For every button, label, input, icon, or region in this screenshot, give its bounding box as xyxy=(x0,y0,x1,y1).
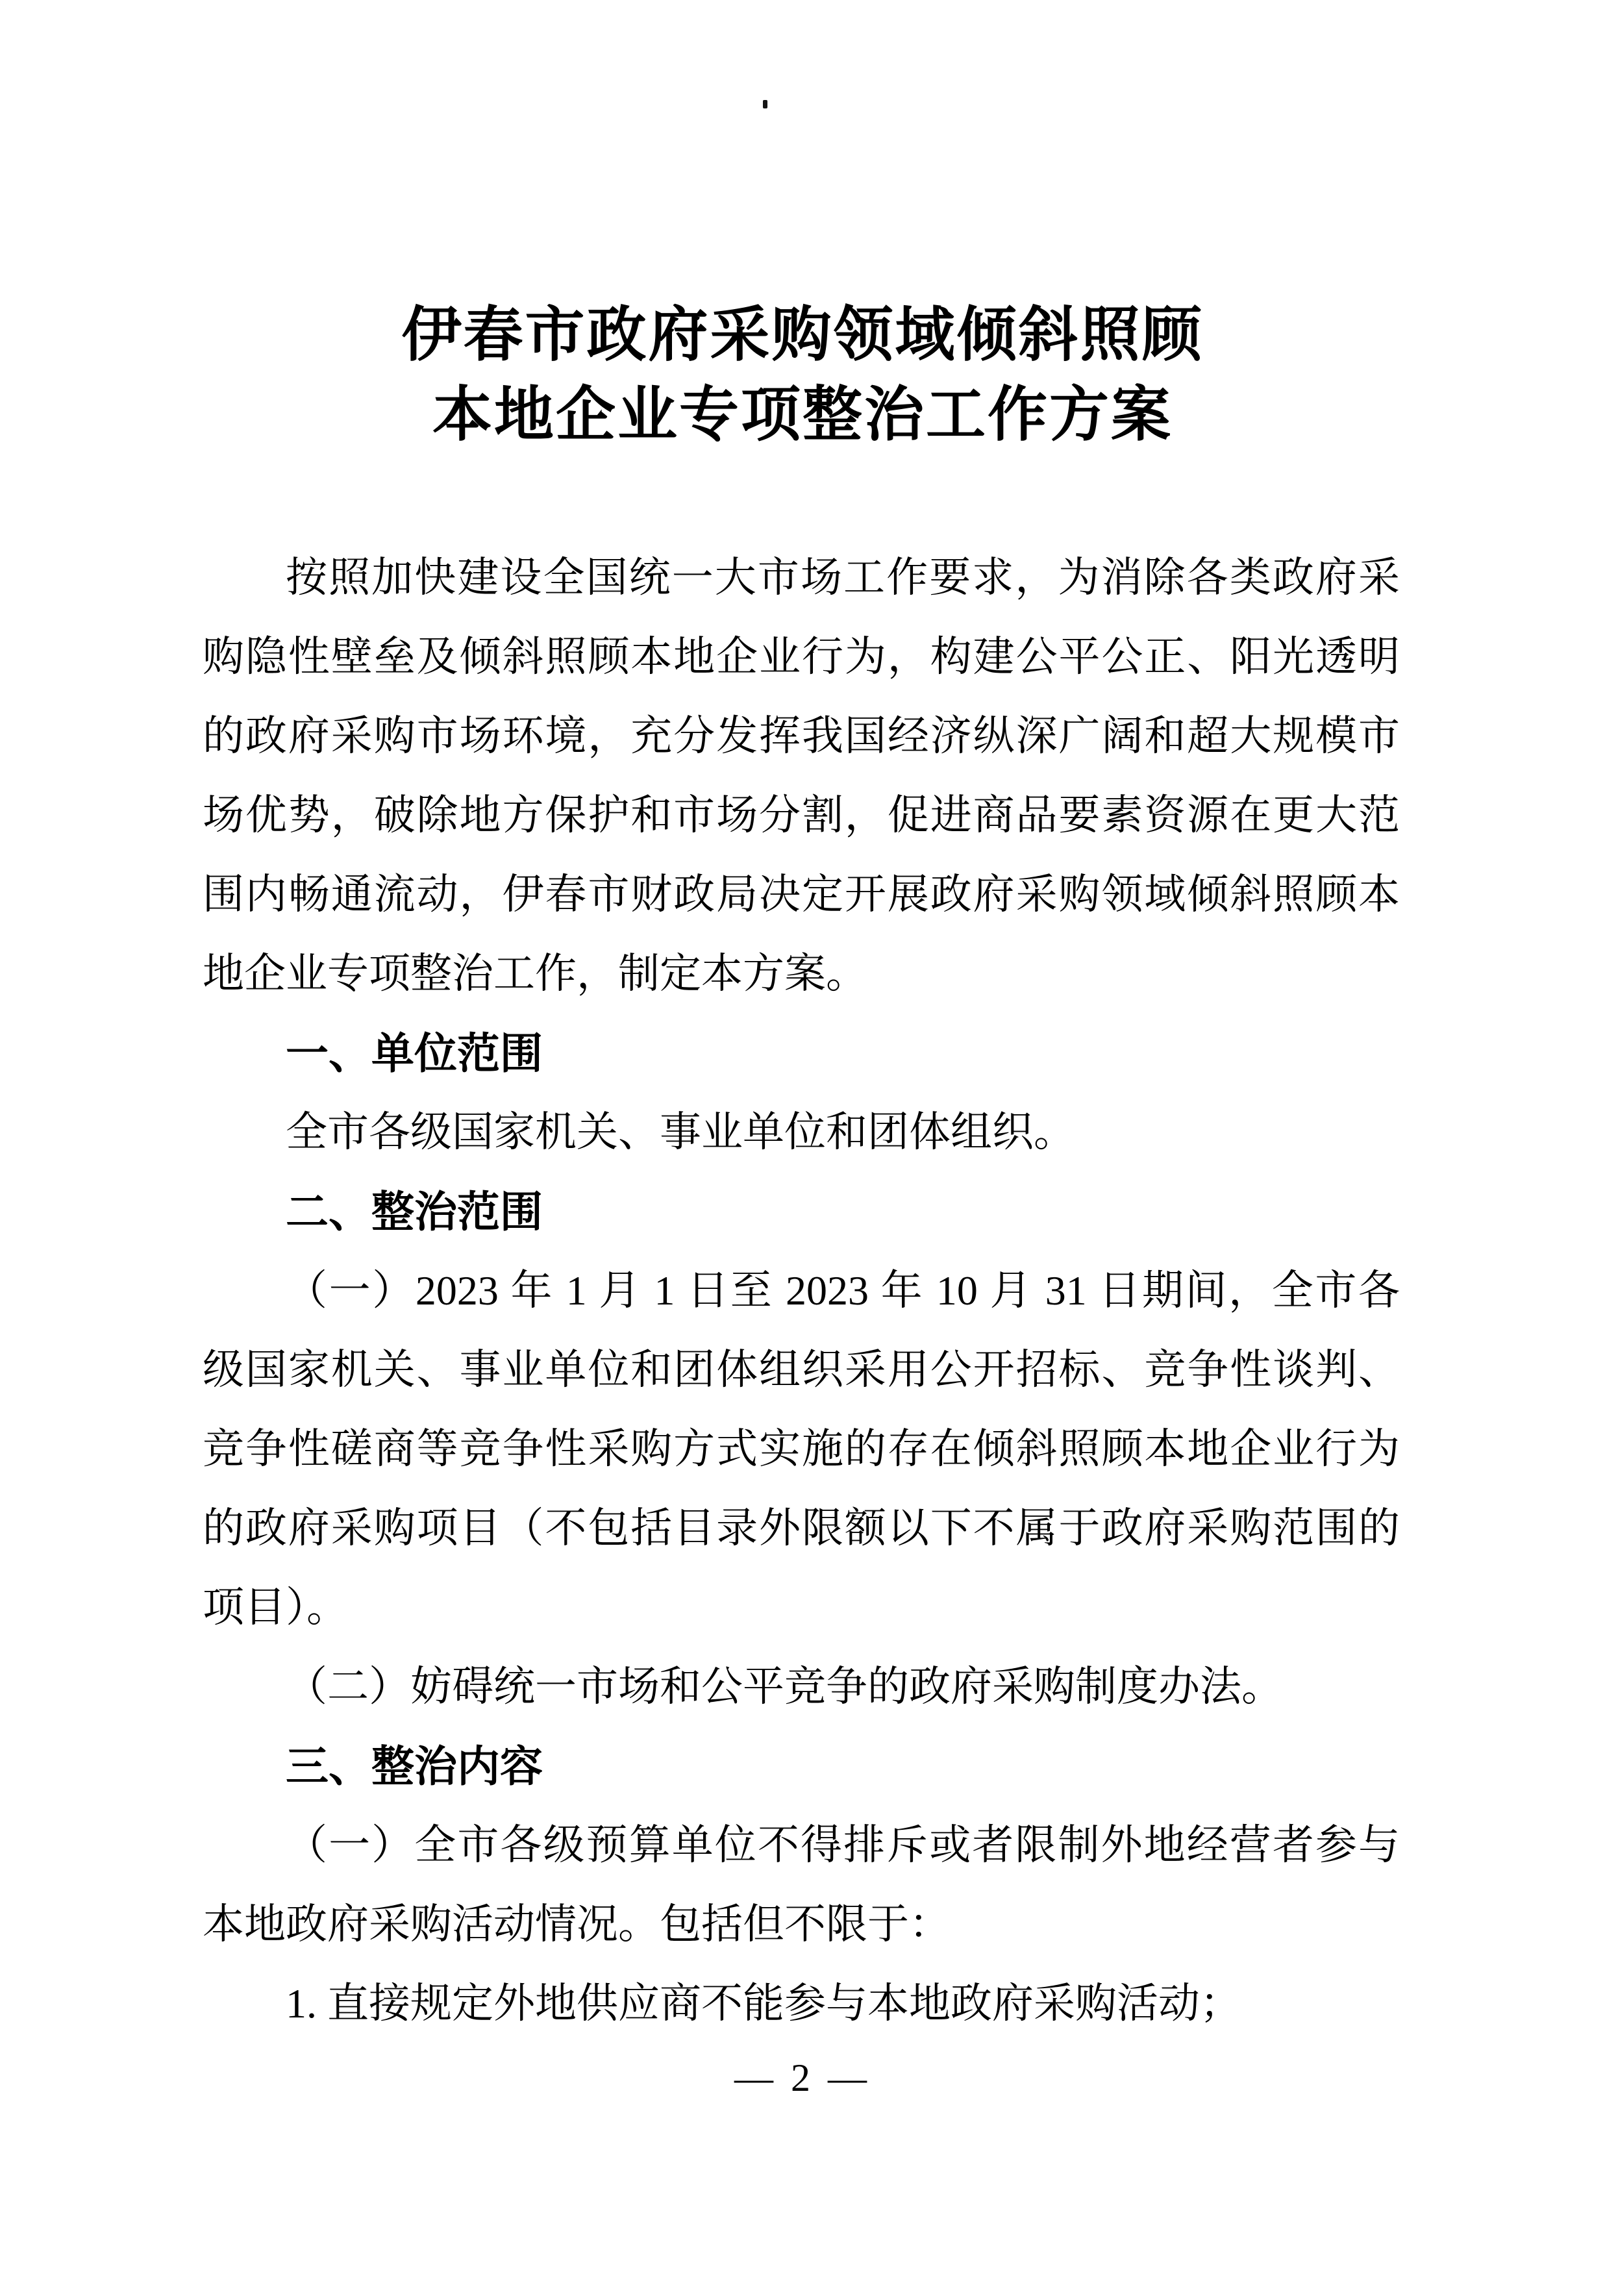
para1-line2: 购隐性壁垒及倾斜照顾本地企业行为，构建公平公正、阳光透明 xyxy=(203,618,1400,697)
document-body: 按照加快建设全国统一大市场工作要求，为消除各类政府采 购隐性壁垒及倾斜照顾本地企… xyxy=(203,538,1400,2043)
para1-line4: 场优势，破除地方保护和市场分割，促进商品要素资源在更大范 xyxy=(203,776,1400,855)
title-line-2: 本地企业专项整治工作方案 xyxy=(0,375,1605,455)
section2-item1-line4: 的政府采购项目（不包括目录外限额以下不属于政府采购范围的 xyxy=(203,1489,1400,1568)
title-line-1: 伊春市政府采购领域倾斜照顾 xyxy=(0,295,1605,375)
section-heading-1: 一、单位范围 xyxy=(203,1014,1400,1093)
section3-numbered-item-1: 1. 直接规定外地供应商不能参与本地政府采购活动； xyxy=(203,1964,1400,2043)
section2-item1-line2: 级国家机关、事业单位和团体组织采用公开招标、竞争性谈判、 xyxy=(203,1330,1400,1410)
scan-speck-icon xyxy=(763,100,767,108)
page-number: — 2 — xyxy=(0,2038,1605,2117)
section2-item1-line1: （一）2023 年 1 月 1 日至 2023 年 10 月 31 日期间，全市… xyxy=(203,1251,1400,1330)
document-page: 伊春市政府采购领域倾斜照顾 本地企业专项整治工作方案 按照加快建设全国统一大市场… xyxy=(0,0,1605,2296)
document-title: 伊春市政府采购领域倾斜照顾 本地企业专项整治工作方案 xyxy=(0,295,1605,455)
para1-line1: 按照加快建设全国统一大市场工作要求，为消除各类政府采 xyxy=(203,538,1400,618)
section2-item1-line3: 竞争性磋商等竞争性采购方式实施的存在倾斜照顾本地企业行为 xyxy=(203,1410,1400,1489)
para1-line6: 地企业专项整治工作，制定本方案。 xyxy=(203,934,1400,1014)
section-heading-2: 二、整治范围 xyxy=(203,1172,1400,1251)
section-heading-3: 三、整治内容 xyxy=(203,1727,1400,1806)
section1-para-line: 全市各级国家机关、事业单位和团体组织。 xyxy=(203,1093,1400,1172)
section2-item2-line: （二）妨碍统一市场和公平竞争的政府采购制度办法。 xyxy=(203,1647,1400,1727)
para1-line3: 的政府采购市场环境，充分发挥我国经济纵深广阔和超大规模市 xyxy=(203,697,1400,776)
section2-item1-line5: 项目）。 xyxy=(203,1568,1400,1647)
section3-item1-line1: （一）全市各级预算单位不得排斥或者限制外地经营者参与 xyxy=(203,1806,1400,1885)
para1-line5: 围内畅通流动，伊春市财政局决定开展政府采购领域倾斜照顾本 xyxy=(203,855,1400,934)
section3-item1-line2: 本地政府采购活动情况。包括但不限于： xyxy=(203,1885,1400,1964)
